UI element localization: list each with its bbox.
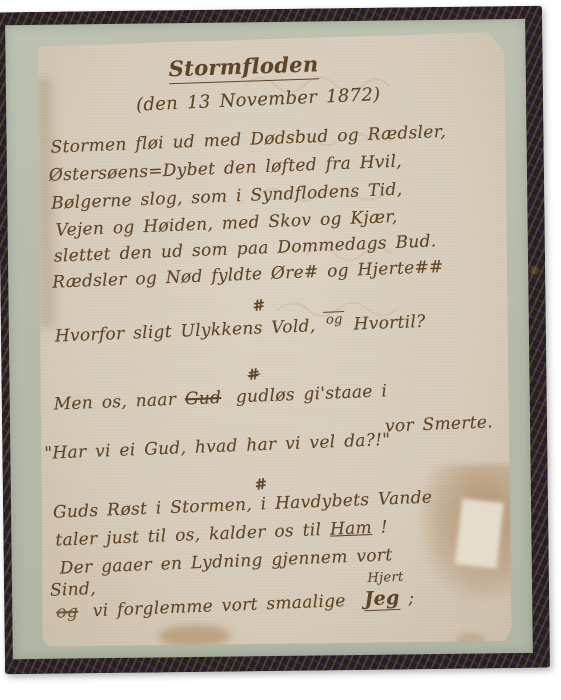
mat-board: Stormfloden (den 13 November 1872) Storm…: [5, 19, 533, 659]
inserted-word: Hjert: [367, 570, 404, 586]
poem-line: vor Smerte.: [385, 412, 494, 436]
poem-line: og vi forglemme vort smaalige Hjert Jeg …: [56, 586, 415, 622]
date-line: (den 13 November 1872): [136, 84, 381, 116]
poem-line: taler just til os, kalder os til Ham !: [55, 517, 388, 550]
poem-line: Men os, naar Gud gudløs gi'staae i: [53, 381, 387, 414]
manuscript-page: Stormfloden (den 13 November 1872) Storm…: [35, 32, 511, 647]
strikethrough-word: og: [56, 602, 79, 623]
underlined-word: Jeg: [364, 587, 400, 611]
corrected-word: Hjert Jeg: [364, 587, 400, 610]
poem-line: Østersøens=Dybet den løfted fra Hvil,: [49, 152, 403, 186]
line-text: gudløs gi'staae i: [236, 381, 388, 407]
underlined-word: Ham: [330, 518, 373, 540]
repair-patch: [455, 498, 504, 568]
line-text: vi forglemme vort smaalige: [92, 591, 346, 621]
line-text: taler just til os, kalder os til: [55, 520, 322, 551]
poem-line: Der gaaer en Lydning gjennem vort: [59, 545, 392, 578]
line-text: !: [380, 517, 388, 537]
book-cover: Stormfloden (den 13 November 1872) Storm…: [0, 6, 550, 675]
inserted-word: og: [324, 311, 345, 328]
section-mark: #: [253, 474, 268, 494]
line-text: Hvortil?: [353, 312, 426, 335]
ink-stain: [456, 632, 486, 646]
line-text: Men os, naar: [53, 390, 176, 415]
title-line: Stormfloden: [168, 51, 319, 81]
poem-line: Hvorfor sligt Ulykkens Vold, og Hvortil?: [55, 312, 426, 347]
strikethrough-word: Gud: [185, 388, 222, 409]
poem-line: Sind,: [50, 579, 97, 601]
section-mark: #: [251, 295, 266, 315]
line-text: Hvorfor sligt Ulykkens Vold,: [55, 316, 316, 346]
line-text: ;: [408, 588, 415, 608]
title-text: Stormfloden: [168, 51, 319, 84]
poem-line: "Har vi ei Gud, hvad har vi vel da?!": [44, 430, 391, 464]
ink-stain: [158, 625, 230, 648]
section-mark: #: [246, 364, 261, 384]
